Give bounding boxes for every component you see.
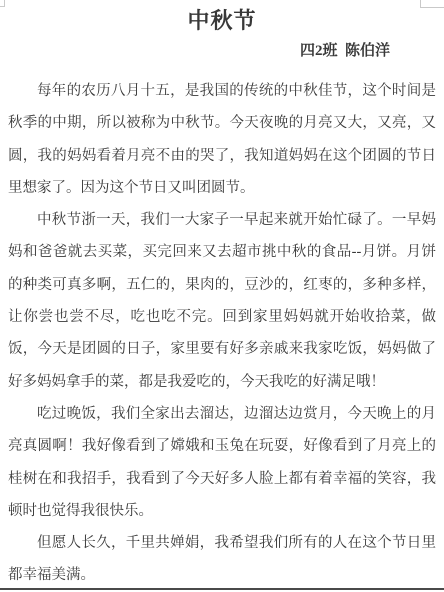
- essay-paragraph: 每年的农历八月十五，是我国的传统的中秋佳节，这个时间是秋季的中期，所以被称为中秋…: [8, 75, 436, 204]
- essay-paragraph: 吃过晚饭，我们全家出去溜达，边溜达边赏月，今天晚上的月亮真圆啊！我好像看到了嫦娥…: [8, 398, 436, 527]
- page-margin-mark-top-left: [0, 0, 5, 7]
- essay-paragraph: 中秋节浙一天，我们一大家子一早起来就开始忙碌了。一早妈妈和爸爸就去买菜，买完回来…: [8, 204, 436, 398]
- document-page: 中秋节 四2班 陈伯洋 每年的农历八月十五，是我国的传统的中秋佳节，这个时间是秋…: [0, 0, 444, 592]
- essay-body: 每年的农历八月十五，是我国的传统的中秋佳节，这个时间是秋季的中期，所以被称为中秋…: [8, 75, 436, 592]
- essay-paragraph: 但愿人长久，千里共婵娟，我希望我们所有的人在这个节日里都幸福美满。: [8, 527, 436, 592]
- essay-title: 中秋节: [0, 9, 444, 33]
- page-margin-mark-top-right: [420, 0, 444, 8]
- page-bottom-rule: [0, 588, 444, 590]
- essay-byline: 四2班 陈伯洋: [0, 42, 444, 60]
